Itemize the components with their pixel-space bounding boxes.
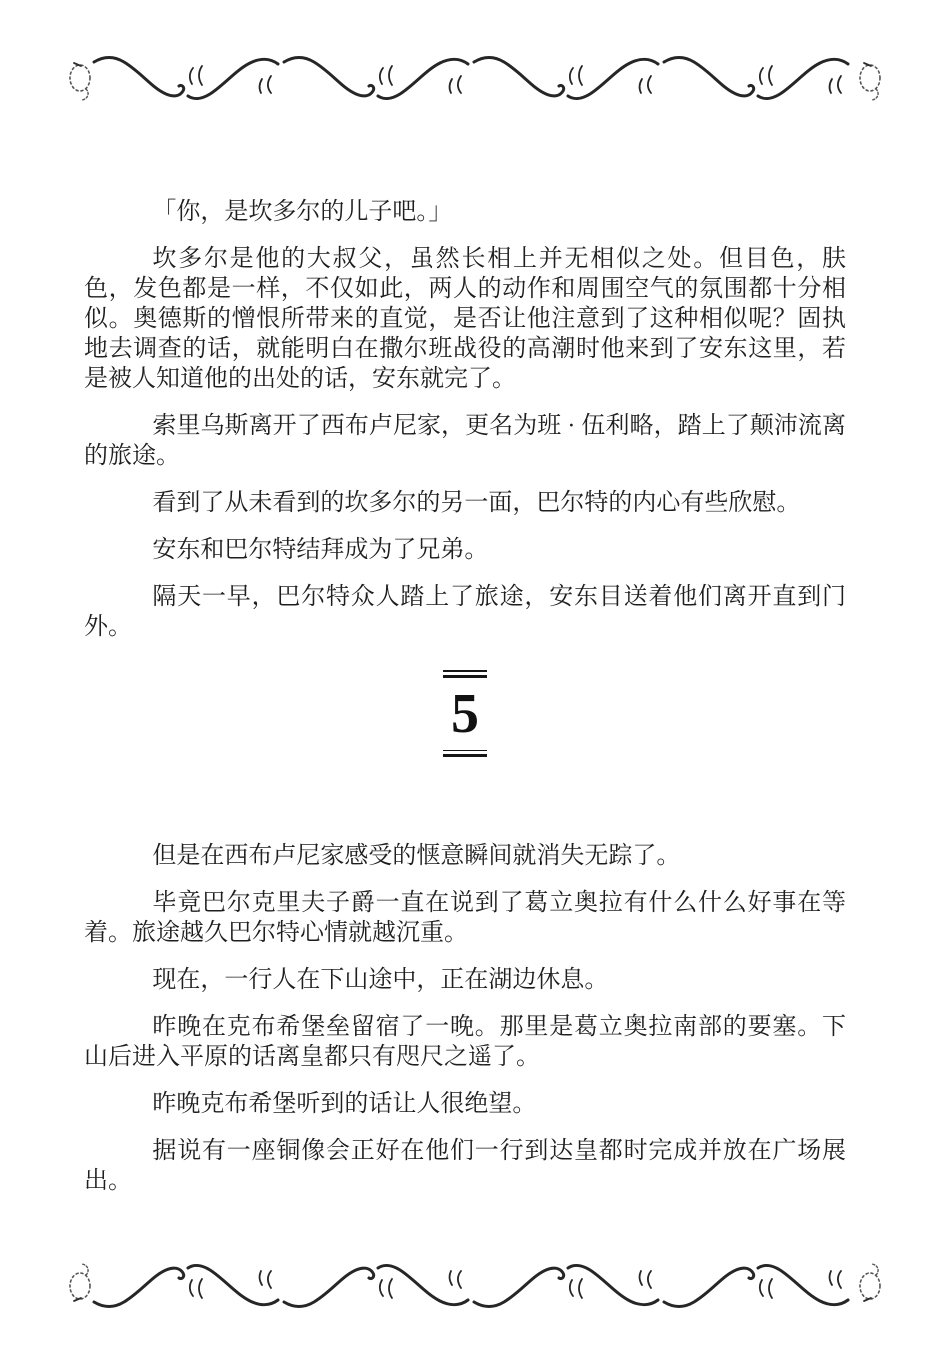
divider-rule-bottom: [443, 750, 487, 758]
paragraph: 坎多尔是他的大叔父，虽然长相上并无相似之处。但目色，肤色，发色都是一样，不仅如此…: [84, 244, 846, 394]
top-ornament-border: [64, 52, 888, 108]
section-after-chapter-break: 但是在西布卢尼家感受的惬意瞬间就消失无踪了。毕竟巴尔克里夫子爵一直在说到了葛立奥…: [84, 841, 846, 1196]
paragraph: 昨晚在克布希堡垒留宿了一晚。那里是葛立奥拉南部的要塞。下山后进入平原的话离皇都只…: [84, 1012, 846, 1072]
divider-rule-top: [443, 670, 487, 678]
rule-thick-line: [443, 675, 487, 678]
paragraph: 现在，一行人在下山途中，正在湖边休息。: [84, 965, 846, 995]
rule-thin-line: [443, 750, 487, 752]
paragraph: 毕竟巴尔克里夫子爵一直在说到了葛立奥拉有什么什么好事在等着。旅途越久巴尔特心情就…: [84, 888, 846, 948]
rule-thin-line: [443, 670, 487, 672]
paragraph: 但是在西布卢尼家感受的惬意瞬间就消失无踪了。: [84, 841, 846, 871]
rule-thick-line: [443, 754, 487, 757]
paragraph: 看到了从未看到的坎多尔的另一面，巴尔特的内心有些欣慰。: [84, 488, 846, 518]
paragraph: 索里乌斯离开了西布卢尼家，更名为班 · 伍利略，踏上了颠沛流离的旅途。: [84, 411, 846, 471]
paragraph: 据说有一座铜像会正好在他们一行到达皇都时完成并放在广场展出。: [84, 1136, 846, 1196]
paragraph: 昨晚克布希堡听到的话让人很绝望。: [84, 1089, 846, 1119]
paragraph: 安东和巴尔特结拜成为了兄弟。: [84, 535, 846, 565]
bottom-ornament-border: [64, 1256, 888, 1312]
paragraph: 「你，是坎多尔的儿子吧。」: [84, 197, 846, 227]
chapter-number: 5: [84, 687, 846, 741]
page-text: 「你，是坎多尔的儿子吧。」坎多尔是他的大叔父，虽然长相上并无相似之处。但目色，肤…: [84, 197, 846, 1213]
chapter-divider: 5: [84, 670, 846, 757]
paragraph: 隔天一早，巴尔特众人踏上了旅途，安东目送着他们离开直到门外。: [84, 582, 846, 642]
book-page: 「你，是坎多尔的儿子吧。」坎多尔是他的大叔父，虽然长相上并无相似之处。但目色，肤…: [0, 0, 952, 1360]
section-before-chapter-break: 「你，是坎多尔的儿子吧。」坎多尔是他的大叔父，虽然长相上并无相似之处。但目色，肤…: [84, 197, 846, 642]
